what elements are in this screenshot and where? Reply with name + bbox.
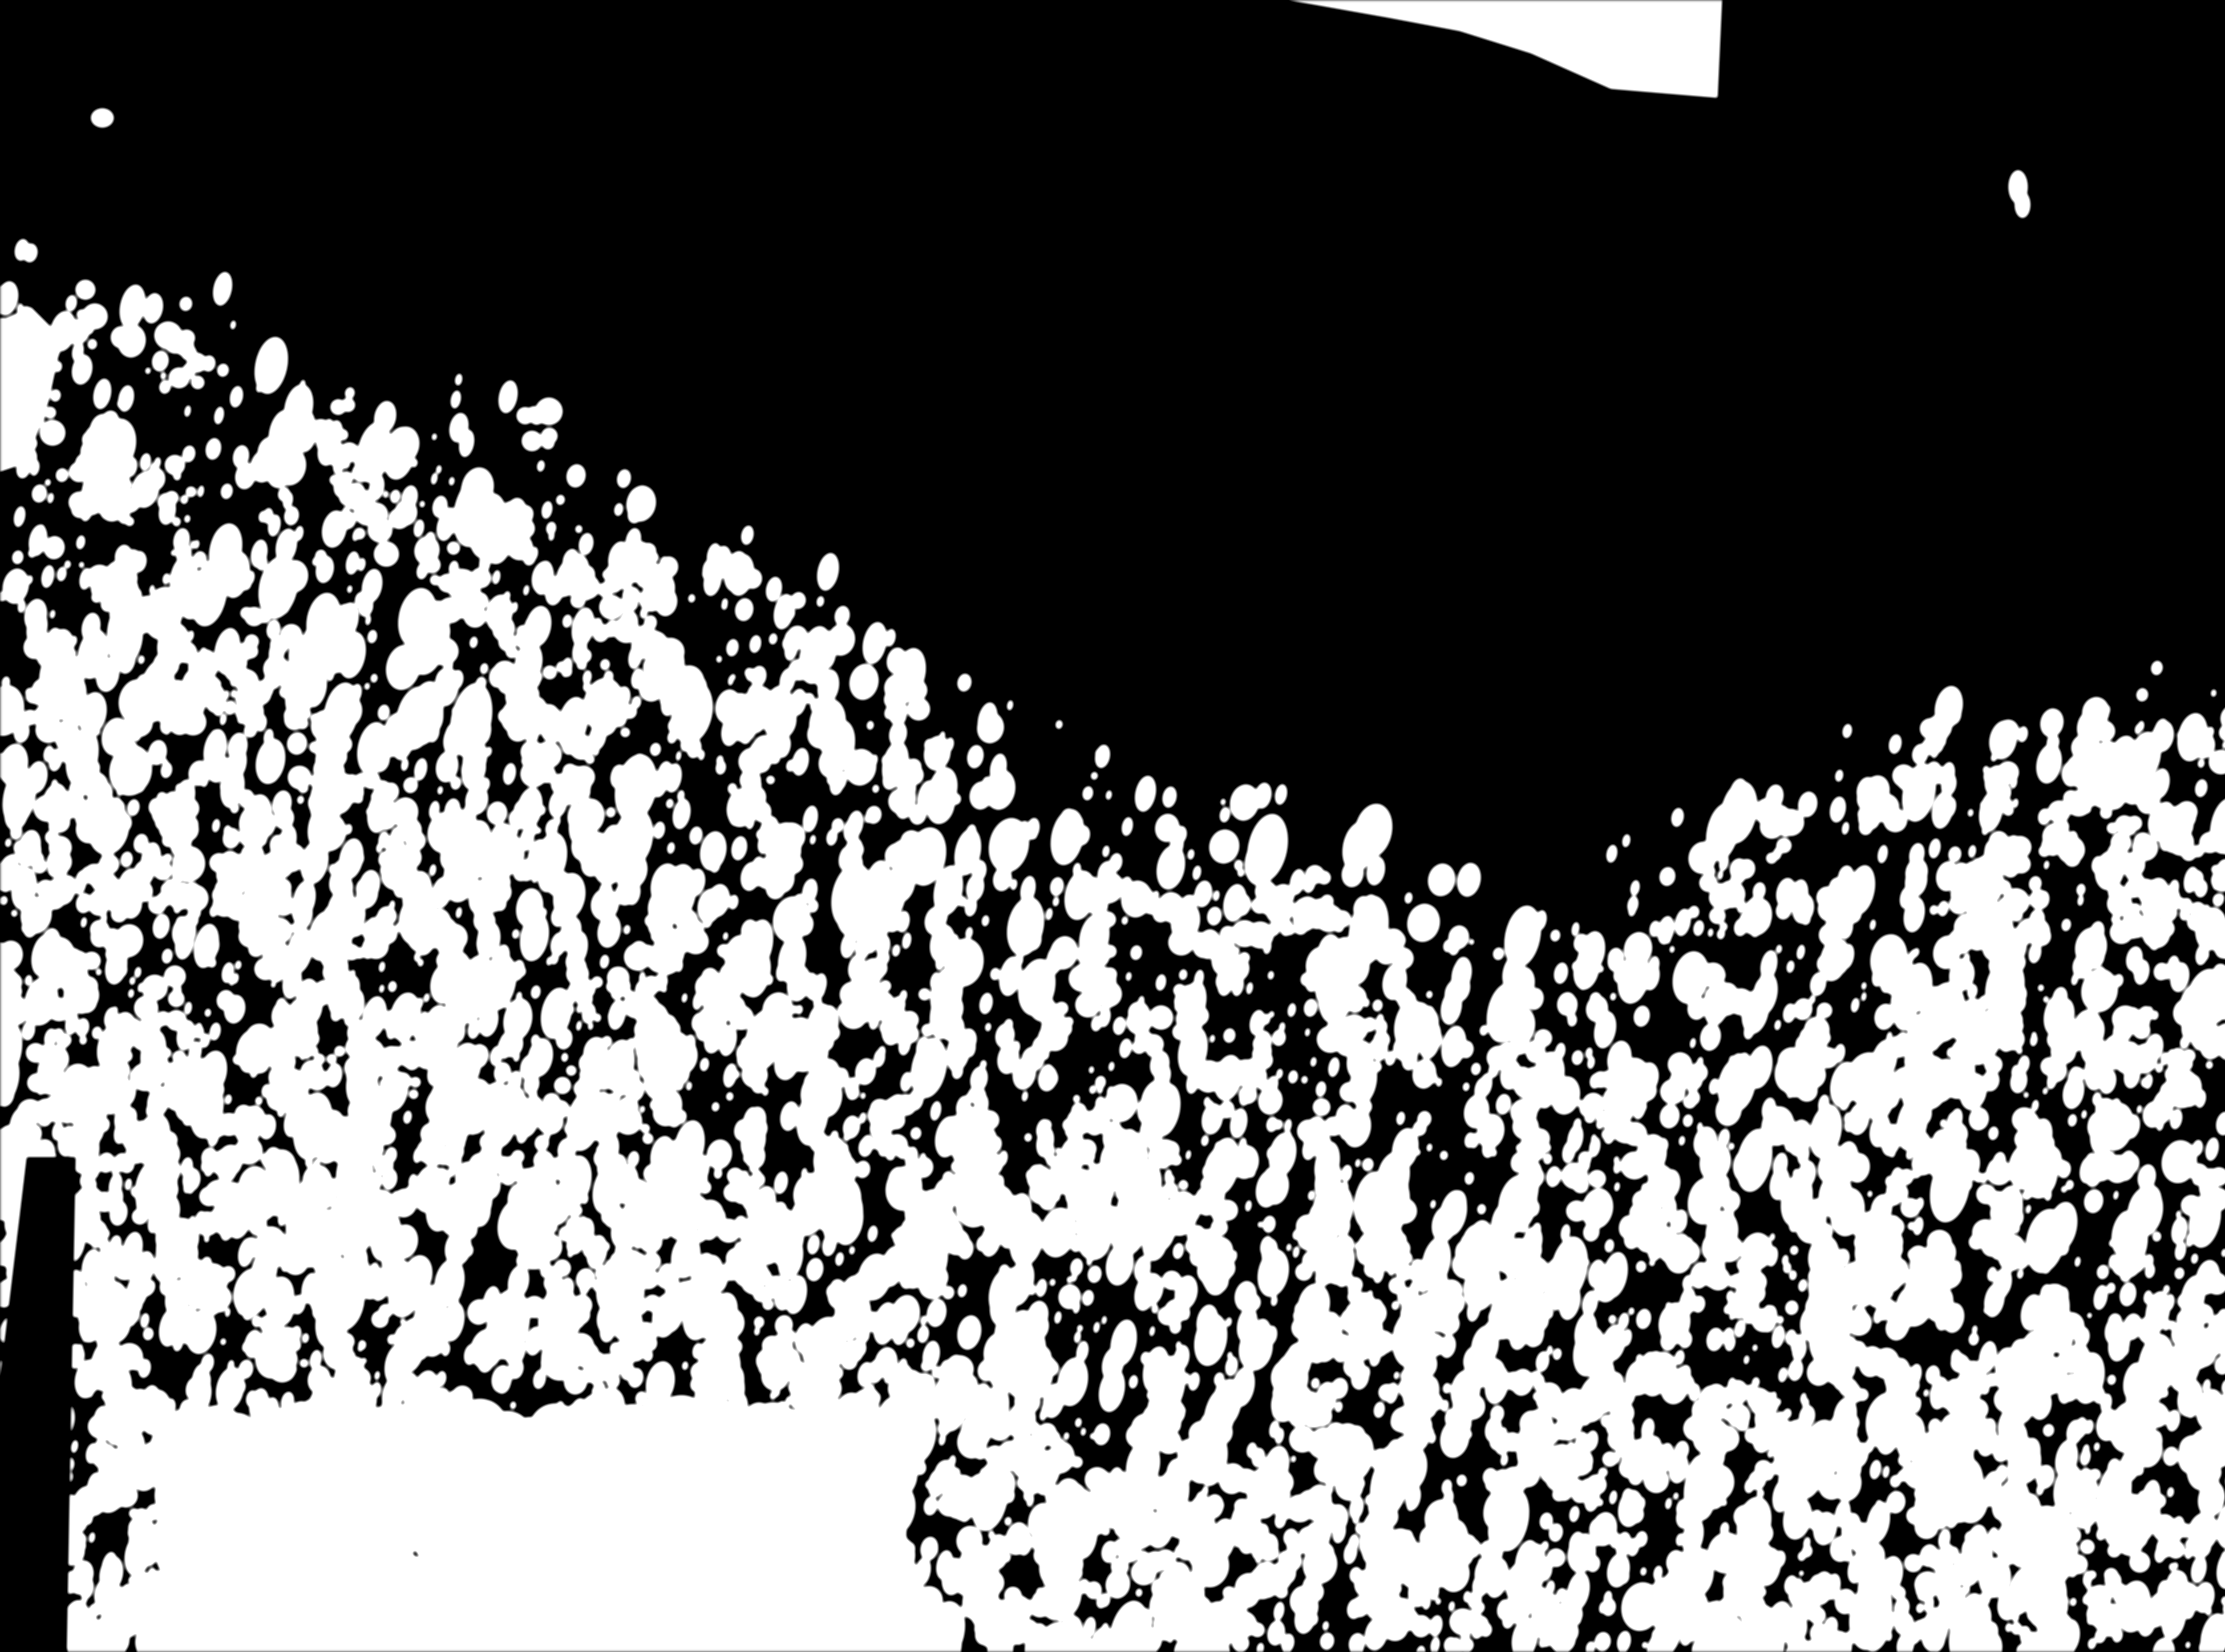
cloud-field-image	[0, 0, 2225, 1652]
cloud-texture-canvas	[0, 0, 2225, 1652]
